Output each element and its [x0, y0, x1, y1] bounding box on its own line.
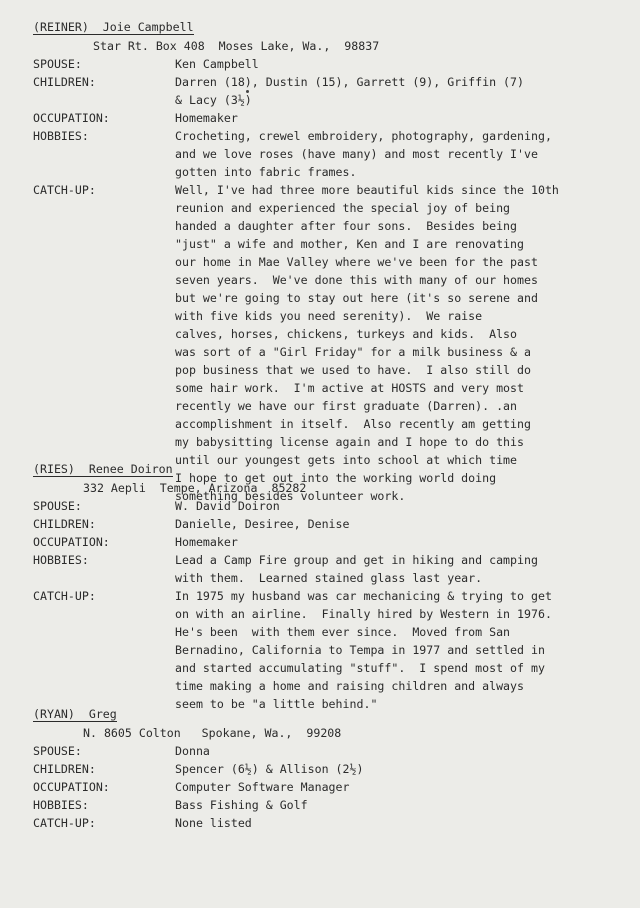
entry-name-underlined: (REINER) Joie Campbell [33, 20, 194, 35]
field-value-line: Crocheting, crewel embroidery, photograp… [175, 127, 615, 145]
field-hobbies: HOBBIES:Bass Fishing & Golf [33, 796, 623, 814]
field-spouse: SPOUSE:Ken Campbell [33, 55, 623, 73]
field-value-line: accomplishment in itself. Also recently … [175, 415, 615, 433]
address: N. 8605 Colton Spokane, Wa., 99208 [33, 724, 623, 742]
current-name: Joie Campbell [89, 20, 194, 34]
entry-name-underlined: (RIES) Renee Doiron [33, 462, 173, 477]
field-value-line: W. David Doiron [175, 497, 615, 515]
field-spouse: SPOUSE:Donna [33, 742, 623, 760]
field-value: Spencer (6½) & Allison (2½) [175, 760, 615, 778]
field-value: Homemaker [175, 533, 615, 551]
field-value-line: on with an airline. Finally hired by Wes… [175, 605, 615, 623]
field-children: CHILDREN:Danielle, Desiree, Denise [33, 515, 623, 533]
maiden-surname: (REINER) [33, 20, 89, 34]
field-value: Ken Campbell [175, 55, 615, 73]
field-value-line: Bernadino, California to Tempa in 1977 a… [175, 641, 615, 659]
field-label: SPOUSE: [33, 497, 175, 515]
field-value-line: Spencer (6½) & Allison (2½) [175, 760, 615, 778]
field-value-line: calves, horses, chickens, turkeys and ki… [175, 325, 615, 343]
field-value: Crocheting, crewel embroidery, photograp… [175, 127, 615, 181]
field-hobbies: HOBBIES:Crocheting, crewel embroidery, p… [33, 127, 623, 181]
field-label: CATCH-UP: [33, 181, 175, 505]
field-value-line: time making a home and raising children … [175, 677, 615, 695]
document-page: (REINER) Joie CampbellStar Rt. Box 408 M… [0, 0, 640, 908]
field-label: SPOUSE: [33, 55, 175, 73]
field-value-line: Danielle, Desiree, Denise [175, 515, 615, 533]
field-label: CHILDREN: [33, 760, 175, 778]
field-catchup: CATCH-UP:Well, I've had three more beaut… [33, 181, 623, 505]
field-spouse: SPOUSE:W. David Doiron [33, 497, 623, 515]
field-value-line: gotten into fabric frames. [175, 163, 615, 181]
entry-header: (RYAN) Greg [33, 705, 623, 724]
field-occupation: OCCUPATION:Homemaker [33, 533, 623, 551]
field-label: OCCUPATION: [33, 778, 175, 796]
current-name: Greg [75, 707, 117, 721]
field-value-line: Ken Campbell [175, 55, 615, 73]
field-catchup: CATCH-UP:In 1975 my husband was car mech… [33, 587, 623, 713]
field-value: Well, I've had three more beautiful kids… [175, 181, 615, 505]
field-value-line: Homemaker [175, 109, 615, 127]
field-label: CHILDREN: [33, 515, 175, 533]
field-children: CHILDREN:Darren (18), Dustin (15), Garre… [33, 73, 623, 109]
field-value-line: but we're going to stay out here (it's s… [175, 289, 615, 307]
field-value: Darren (18), Dustin (15), Garrett (9), G… [175, 73, 615, 109]
field-occupation: OCCUPATION:Homemaker [33, 109, 623, 127]
field-label: HOBBIES: [33, 796, 175, 814]
field-value-line: with five kids you need serenity). We ra… [175, 307, 615, 325]
maiden-surname: (RYAN) [33, 707, 75, 721]
address: 332 Aepli Tempe, Arizona 85282 [33, 479, 623, 497]
entry-header: (REINER) Joie Campbell [33, 18, 623, 37]
field-label: OCCUPATION: [33, 109, 175, 127]
field-value: None listed [175, 814, 615, 832]
field-value: Donna [175, 742, 615, 760]
entry-header: (RIES) Renee Doiron [33, 460, 623, 479]
field-value-line: None listed [175, 814, 615, 832]
field-label: CHILDREN: [33, 73, 175, 109]
field-value-line: In 1975 my husband was car mechanicing &… [175, 587, 615, 605]
entry-ryan: (RYAN) GregN. 8605 Colton Spokane, Wa., … [33, 705, 623, 832]
field-occupation: OCCUPATION:Computer Software Manager [33, 778, 623, 796]
field-value-line: Bass Fishing & Golf [175, 796, 615, 814]
field-value-line: Donna [175, 742, 615, 760]
field-value-line: and we love roses (have many) and most r… [175, 145, 615, 163]
field-value-line: with them. Learned stained glass last ye… [175, 569, 615, 587]
field-value-line: some hair work. I'm active at HOSTS and … [175, 379, 615, 397]
field-value-line: handed a daughter after four sons. Besid… [175, 217, 615, 235]
field-value: W. David Doiron [175, 497, 615, 515]
field-value: In 1975 my husband was car mechanicing &… [175, 587, 615, 713]
entry-name-underlined: (RYAN) Greg [33, 707, 117, 722]
field-value-line: Lead a Camp Fire group and get in hiking… [175, 551, 615, 569]
field-value: Homemaker [175, 109, 615, 127]
current-name: Renee Doiron [75, 462, 173, 476]
field-value: Danielle, Desiree, Denise [175, 515, 615, 533]
field-label: SPOUSE: [33, 742, 175, 760]
field-value: Lead a Camp Fire group and get in hiking… [175, 551, 615, 587]
field-value-line: was sort of a "Girl Friday" for a milk b… [175, 343, 615, 361]
field-value-line: Computer Software Manager [175, 778, 615, 796]
entry-ries: (RIES) Renee Doiron332 Aepli Tempe, Ariz… [33, 460, 623, 713]
field-value-line: reunion and experienced the special joy … [175, 199, 615, 217]
field-value-line: Homemaker [175, 533, 615, 551]
field-label: OCCUPATION: [33, 533, 175, 551]
field-label: CATCH-UP: [33, 587, 175, 713]
field-value-line: "just" a wife and mother, Ken and I are … [175, 235, 615, 253]
field-value: Computer Software Manager [175, 778, 615, 796]
stray-mark [246, 90, 249, 93]
field-value-line: Well, I've had three more beautiful kids… [175, 181, 615, 199]
entry-reiner: (REINER) Joie CampbellStar Rt. Box 408 M… [33, 18, 623, 505]
field-value-line: Darren (18), Dustin (15), Garrett (9), G… [175, 73, 615, 91]
field-children: CHILDREN:Spencer (6½) & Allison (2½) [33, 760, 623, 778]
field-value-line: seven years. We've done this with many o… [175, 271, 615, 289]
field-value-line: our home in Mae Valley where we've been … [175, 253, 615, 271]
field-label: CATCH-UP: [33, 814, 175, 832]
field-label: HOBBIES: [33, 551, 175, 587]
maiden-surname: (RIES) [33, 462, 75, 476]
address: Star Rt. Box 408 Moses Lake, Wa., 98837 [33, 37, 623, 55]
field-value: Bass Fishing & Golf [175, 796, 615, 814]
field-hobbies: HOBBIES:Lead a Camp Fire group and get i… [33, 551, 623, 587]
field-value-line: pop business that we used to have. I als… [175, 361, 615, 379]
field-value-line: and started accumulating "stuff". I spen… [175, 659, 615, 677]
field-value-line: recently we have our first graduate (Dar… [175, 397, 615, 415]
field-catchup: CATCH-UP:None listed [33, 814, 623, 832]
field-value-line: & Lacy (3½) [175, 91, 615, 109]
field-value-line: my babysitting license again and I hope … [175, 433, 615, 451]
field-value-line: He's been with them ever since. Moved fr… [175, 623, 615, 641]
field-label: HOBBIES: [33, 127, 175, 181]
